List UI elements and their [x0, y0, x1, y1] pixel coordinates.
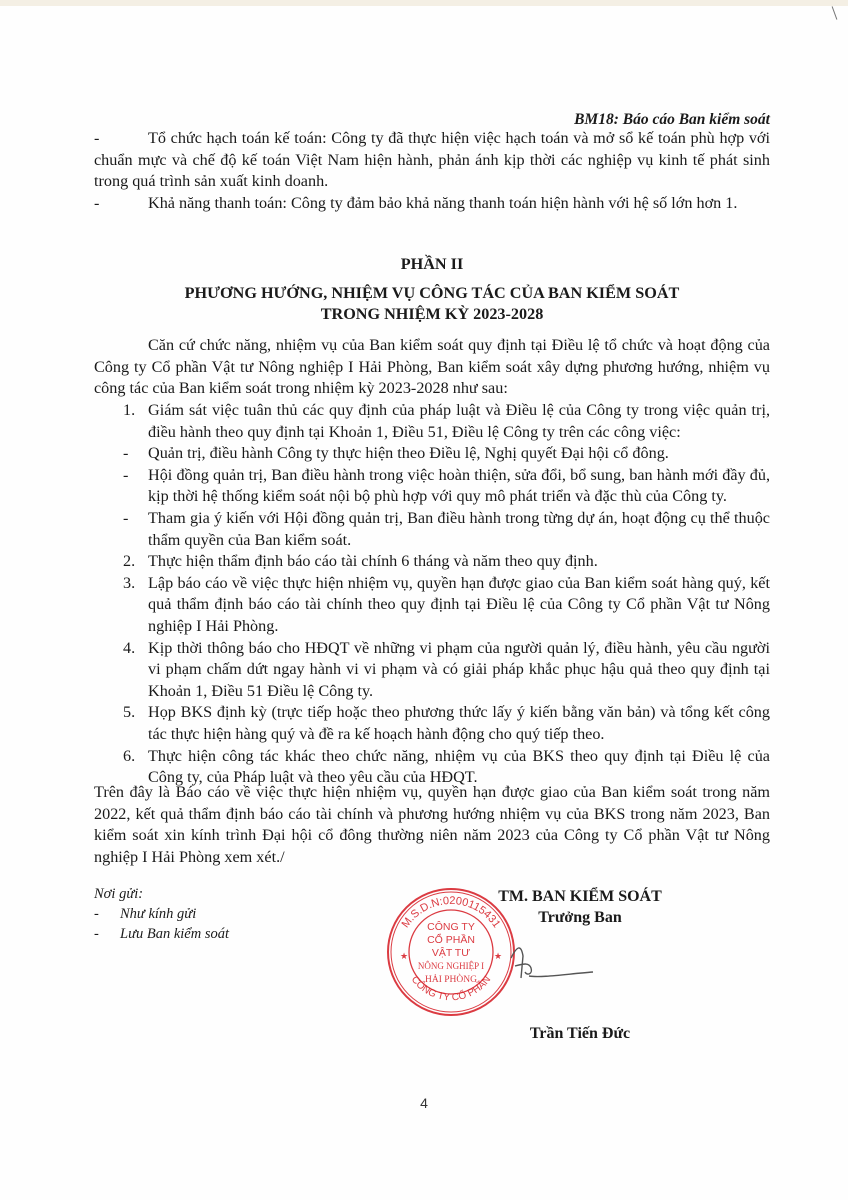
lead-paragraph: Căn cứ chức năng, nhiệm vụ của Ban kiểm … [94, 335, 770, 400]
task-item: 5.Họp BKS định kỳ (trực tiếp hoặc theo p… [123, 702, 770, 745]
task-item: 1.Giám sát việc tuân thủ các quy định củ… [123, 400, 770, 443]
star-icon: ★ [494, 951, 502, 961]
closing-paragraph: Trên đây là Báo cáo về việc thực hiện nh… [94, 782, 770, 868]
scan-edge [0, 0, 848, 6]
document-page: BM18: Báo cáo Ban kiểm soát -Tổ chức hạc… [0, 0, 848, 1200]
task-subitem: -Quản trị, điều hành Công ty thực hiện t… [123, 443, 770, 465]
section-title-line2: TRONG NHIỆM KỲ 2023-2028 [94, 304, 770, 326]
svg-text:CÔNG TY: CÔNG TY [427, 920, 475, 933]
recipient-item: -Lưu Ban kiểm soát [94, 924, 229, 944]
task-item: 2.Thực hiện thẩm định báo cáo tài chính … [123, 551, 770, 573]
svg-text:CỔ PHẦN: CỔ PHẦN [427, 933, 475, 946]
recipients-block: Nơi gửi: -Như kính gửi -Lưu Ban kiểm soá… [94, 884, 229, 944]
star-icon: ★ [400, 951, 408, 961]
task-subitem: -Tham gia ý kiến với Hội đồng quản trị, … [123, 508, 770, 551]
form-code: BM18: Báo cáo Ban kiểm soát [574, 111, 770, 129]
recipients-label: Nơi gửi: [94, 884, 229, 904]
recipient-item: -Như kính gửi [94, 904, 229, 924]
section-part: PHẦN II [94, 254, 770, 276]
scan-mark [832, 6, 838, 19]
task-item: 3.Lập báo cáo về việc thực hiện nhiệm vụ… [123, 573, 770, 638]
signature-role: Trưởng Ban [470, 907, 690, 928]
svg-text:VẬT TƯ: VẬT TƯ [432, 946, 470, 959]
section-title-line1: PHƯƠNG HƯỚNG, NHIỆM VỤ CÔNG TÁC CỦA BAN … [94, 283, 770, 305]
page-number: 4 [0, 1095, 848, 1111]
intro-bullet: -Tổ chức hạch toán kế toán: Công ty đã t… [94, 128, 770, 193]
svg-text:NÔNG NGHIỆP I: NÔNG NGHIỆP I [418, 961, 484, 971]
handwritten-signature [507, 938, 597, 988]
signature-block: TM. BAN KIỂM SOÁT Trưởng Ban [470, 886, 690, 928]
signer-name: Trần Tiến Đức [470, 1025, 690, 1043]
intro-bullets: -Tổ chức hạch toán kế toán: Công ty đã t… [94, 128, 770, 214]
task-subitem: -Hội đồng quản trị, Ban điều hành trong … [123, 465, 770, 508]
intro-bullet: -Khả năng thanh toán: Công ty đảm bảo kh… [94, 193, 770, 215]
task-list: 1.Giám sát việc tuân thủ các quy định củ… [123, 400, 770, 789]
signature-on-behalf: TM. BAN KIỂM SOÁT [470, 886, 690, 907]
svg-text:HẢI PHÒNG: HẢI PHÒNG [425, 973, 477, 985]
task-item: 4.Kịp thời thông báo cho HĐQT về những v… [123, 638, 770, 703]
